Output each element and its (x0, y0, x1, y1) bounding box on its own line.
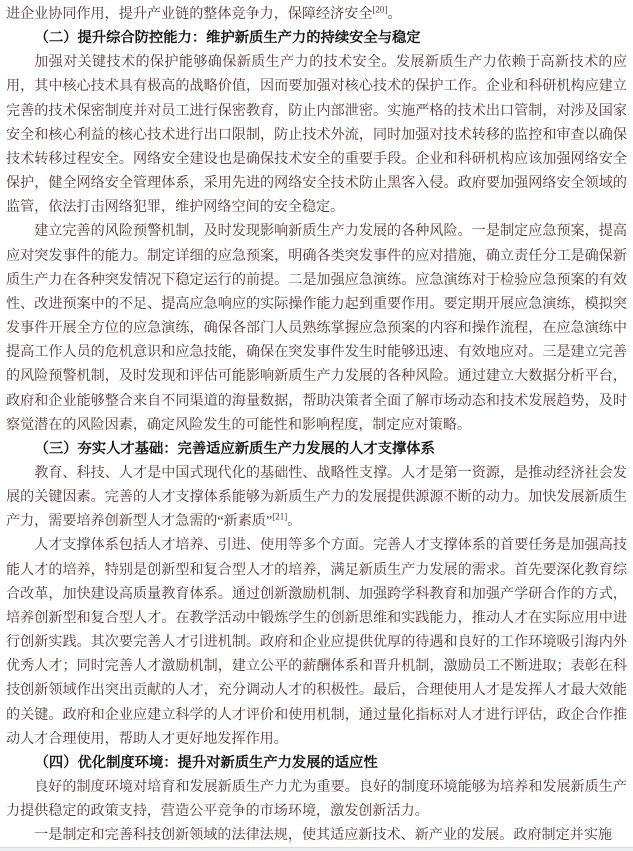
paragraph-text: 教育、科技、人才是中国式现代化的基础性、战略性支撑。人才是第一资源，是推动经济社… (6, 465, 627, 529)
paragraph-talent-foundation: 教育、科技、人才是中国式现代化的基础性、战略性支撑。人才是第一资源，是推动经济社… (6, 461, 627, 533)
paragraph-institutional-env: 良好的制度环境对培育和发展新质生产力尤为重要。良好的制度环境能够为培养和发展新质… (6, 775, 627, 823)
paragraph-text: 。 (387, 6, 401, 22)
bottom-edge-strip (0, 847, 633, 851)
document-page: 进企业协同作用，提升产业链的整体竞争力，保障经济安全[20]。 （二）提升综合防… (0, 0, 633, 847)
paragraph-text: 进企业协同作用，提升产业链的整体竞争力，保障经济安全 (6, 6, 372, 22)
section-heading-3: （三）夯实人才基础：完善适应新质生产力发展的人才支撑体系 (6, 437, 627, 461)
paragraph-tech-security: 加强对关键技术的保护能够确保新质生产力的技术安全。发展新质生产力依赖于高新技术的… (6, 50, 627, 219)
section-heading-2: （二）提升综合防控能力：维护新质生产力的持续安全与稳定 (6, 26, 627, 50)
paragraph-text: 。 (287, 513, 301, 529)
paragraph-continuation: 进企业协同作用，提升产业链的整体竞争力，保障经济安全[20]。 (6, 2, 627, 26)
paragraph-risk-warning: 建立完善的风险预警机制，及时发现影响新质生产力发展的各种风险。一是制定应急预案，… (6, 219, 627, 436)
footnote-ref-20: [20] (372, 4, 387, 14)
paragraph-talent-system: 人才支撑体系包括人才培养、引进、使用等多个方面。完善人才支撑体系的首要任务是加强… (6, 533, 627, 750)
paragraph-laws: 一是制定和完善科技创新领域的法律法规，使其适应新技术、新产业的发展。政府制定并实… (6, 823, 627, 847)
footnote-ref-21: [21] (272, 512, 287, 522)
section-heading-4: （四）优化制度环境：提升对新质生产力发展的适应性 (6, 751, 627, 775)
